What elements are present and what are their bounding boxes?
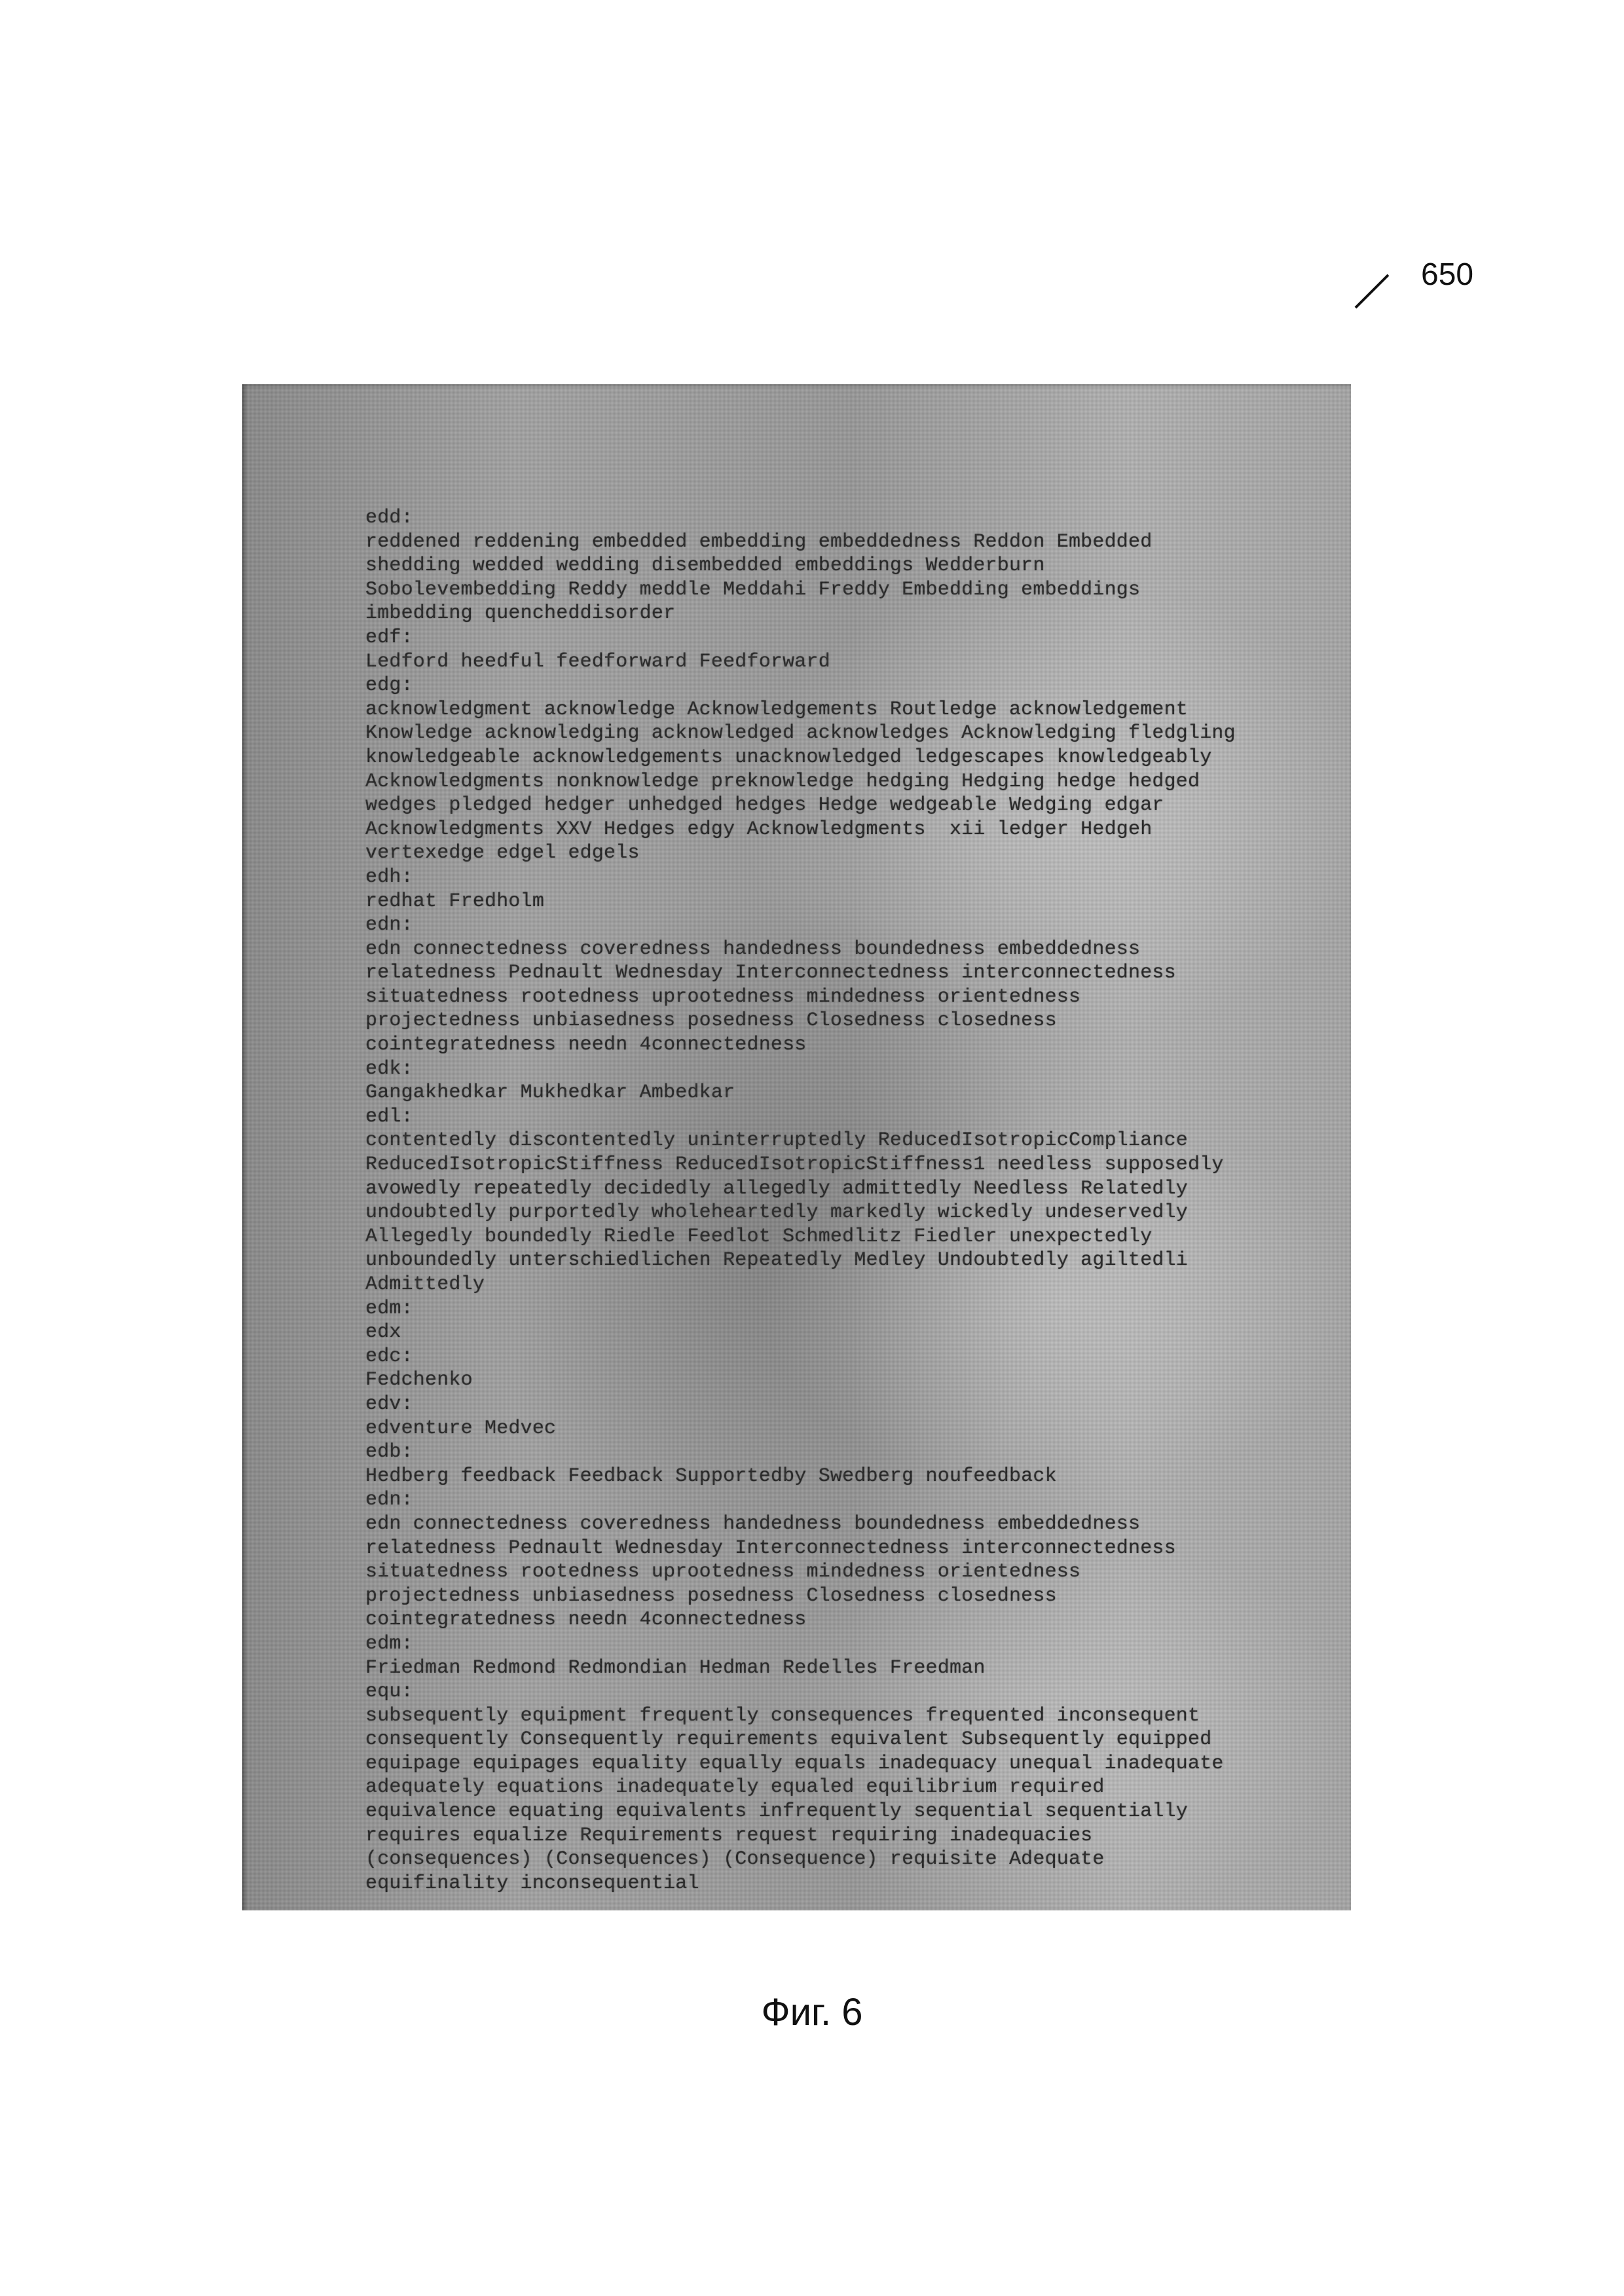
text-line: cointegratedness needn 4connectedness xyxy=(365,1608,1236,1632)
text-line: equ: xyxy=(365,1680,1236,1704)
text-line: wedges pledged hedger unhedged hedges He… xyxy=(365,793,1236,818)
text-line: Acknowledgments nonknowledge preknowledg… xyxy=(365,770,1236,794)
document-photo: edd:reddened reddening embedded embeddin… xyxy=(242,384,1351,1910)
text-line: edm: xyxy=(365,1297,1236,1321)
text-line: shedding wedded wedding disembedded embe… xyxy=(365,554,1236,578)
text-line: Allegedly boundedly Riedle Feedlot Schme… xyxy=(365,1225,1236,1249)
text-line: Knowledge acknowledging acknowledged ack… xyxy=(365,721,1236,746)
text-line: subsequently equipment frequently conseq… xyxy=(365,1704,1236,1728)
text-line: Friedman Redmond Redmondian Hedman Redel… xyxy=(365,1656,1236,1681)
text-line: edn connectedness coveredness handedness… xyxy=(365,938,1236,962)
text-line: edh: xyxy=(365,866,1236,890)
text-line: knowledgeable acknowledgements unacknowl… xyxy=(365,746,1236,770)
text-line: projectedness unbiasedness posedness Clo… xyxy=(365,1009,1236,1033)
text-line: Fedchenko xyxy=(365,1368,1236,1393)
text-line: edc: xyxy=(365,1345,1236,1369)
text-line: situatedness rootedness uprootedness min… xyxy=(365,1560,1236,1584)
text-line: Gangakhedkar Mukhedkar Ambedkar xyxy=(365,1081,1236,1105)
text-line: edn: xyxy=(365,913,1236,938)
text-line: edl: xyxy=(365,1105,1236,1129)
text-line: cointegratedness needn 4connectedness xyxy=(365,1033,1236,1057)
text-line: ReducedIsotropicStiffness ReducedIsotrop… xyxy=(365,1153,1236,1177)
text-line: adequately equations inadequately equale… xyxy=(365,1776,1236,1800)
text-line: imbedding quencheddisorder xyxy=(365,602,1236,626)
text-line: edd: xyxy=(365,506,1236,530)
text-line: (consequences) (Consequences) (Consequen… xyxy=(365,1848,1236,1872)
text-line: edn connectedness coveredness handedness… xyxy=(365,1512,1236,1537)
text-line: edn: xyxy=(365,1488,1236,1512)
text-line: consequently Consequently requirements e… xyxy=(365,1728,1236,1752)
text-line: equifinality inconsequential xyxy=(365,1872,1236,1896)
text-line: edx xyxy=(365,1321,1236,1345)
text-line: equipage equipages equality equally equa… xyxy=(365,1752,1236,1776)
text-line: relatedness Pednault Wednesday Interconn… xyxy=(365,961,1236,985)
text-line: acknowledgment acknowledge Acknowledgeme… xyxy=(365,698,1236,722)
text-line: Ledford heedful feedforward Feedforward xyxy=(365,650,1236,674)
text-line: Admittedly xyxy=(365,1273,1236,1297)
text-line: equivalence equating equivalents infrequ… xyxy=(365,1800,1236,1824)
reference-numeral: 650 xyxy=(1421,257,1473,293)
text-line: edk: xyxy=(365,1057,1236,1082)
text-line: edg: xyxy=(365,674,1236,698)
text-line: undoubtedly purportedly wholeheartedly m… xyxy=(365,1201,1236,1225)
text-line: Hedberg feedback Feedback Supportedby Sw… xyxy=(365,1465,1236,1489)
text-line: unboundedly unterschiedlichen Repeatedly… xyxy=(365,1248,1236,1273)
text-line: edventure Medvec xyxy=(365,1417,1236,1441)
ocr-word-list: edd:reddened reddening embedded embeddin… xyxy=(365,506,1236,1895)
text-line: Acknowledgments XXV Hedges edgy Acknowle… xyxy=(365,818,1236,842)
text-line: reddened reddening embedded embedding em… xyxy=(365,530,1236,555)
text-line: vertexedge edgel edgels xyxy=(365,841,1236,866)
text-line: projectedness unbiasedness posedness Clo… xyxy=(365,1584,1236,1609)
text-line: relatedness Pednault Wednesday Interconn… xyxy=(365,1537,1236,1561)
figure-caption: Фиг. 6 xyxy=(0,1990,1624,2034)
text-line: redhat Fredholm xyxy=(365,890,1236,914)
text-line: edv: xyxy=(365,1393,1236,1417)
text-line: requires equalize Requirements request r… xyxy=(365,1824,1236,1848)
text-line: Sobolevembedding Reddy meddle Meddahi Fr… xyxy=(365,578,1236,602)
text-line: edb: xyxy=(365,1440,1236,1465)
text-line: avowedly repeatedly decidedly allegedly … xyxy=(365,1177,1236,1201)
text-line: situatedness rootedness uprootedness min… xyxy=(365,985,1236,1010)
text-line: contentedly discontentedly uninterrupted… xyxy=(365,1129,1236,1153)
text-line: edm: xyxy=(365,1632,1236,1656)
text-line: edf: xyxy=(365,626,1236,650)
